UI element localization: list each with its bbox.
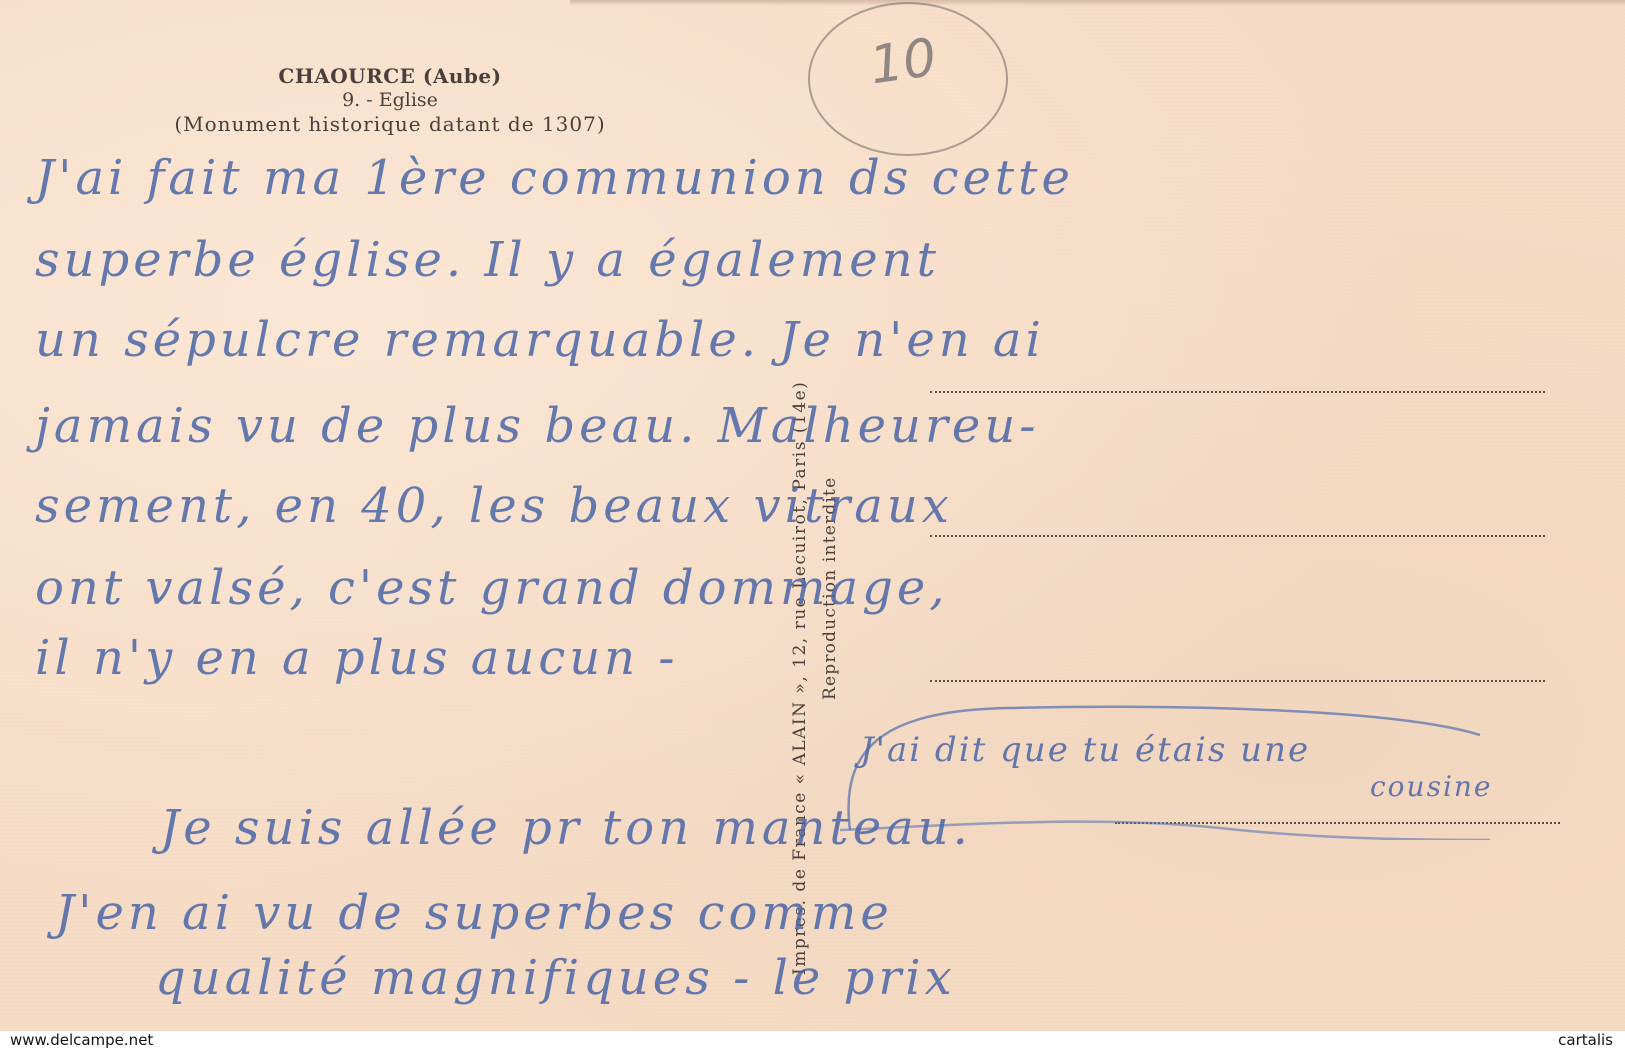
watermark-delcampe: www.delcampe.net [10, 1031, 153, 1049]
torn-top-edge [570, 0, 1625, 6]
message-line-6: ont valsé, c'est grand dommage, [35, 560, 949, 616]
address-line-1 [930, 391, 1545, 393]
watermark-cartalis: cartalis [1558, 1031, 1613, 1049]
caption-title: 9. - Eglise [80, 88, 700, 112]
message-line-4: jamais vu de plus beau. Malheureu- [35, 398, 1039, 454]
message-line-1: J'ai fait ma 1ère communion ds cette [35, 150, 1074, 206]
message-line-10: qualité magnifiques - le prix [155, 950, 956, 1006]
address-line-2 [930, 535, 1545, 537]
message-line-2: superbe église. Il y a également [35, 232, 940, 288]
pencil-number: 10 [866, 28, 940, 97]
note-insert: cousine [1370, 770, 1493, 803]
message-line-3: un sépulcre remarquable. Je n'en ai [35, 312, 1045, 368]
caption-place: CHAOURCE (Aube) [80, 64, 700, 88]
message-line-7: il n'y en a plus aucun - [35, 630, 679, 686]
address-line-3 [930, 680, 1545, 682]
message-line-5: sement, en 40, les beaux vitraux [35, 478, 953, 534]
message-line-8: Je suis allée pr ton manteau. [160, 800, 972, 856]
postcard-back: CHAOURCE (Aube) 9. - Eglise (Monument hi… [0, 0, 1625, 1031]
caption-description: (Monument historique datant de 1307) [80, 112, 700, 136]
pencil-annotation: 10 [808, 2, 1008, 132]
note-line: J'ai dit que tu étais une [860, 730, 1310, 770]
printed-caption: CHAOURCE (Aube) 9. - Eglise (Monument hi… [80, 64, 700, 136]
message-line-9: J'en ai vu de superbes comme [55, 885, 893, 941]
